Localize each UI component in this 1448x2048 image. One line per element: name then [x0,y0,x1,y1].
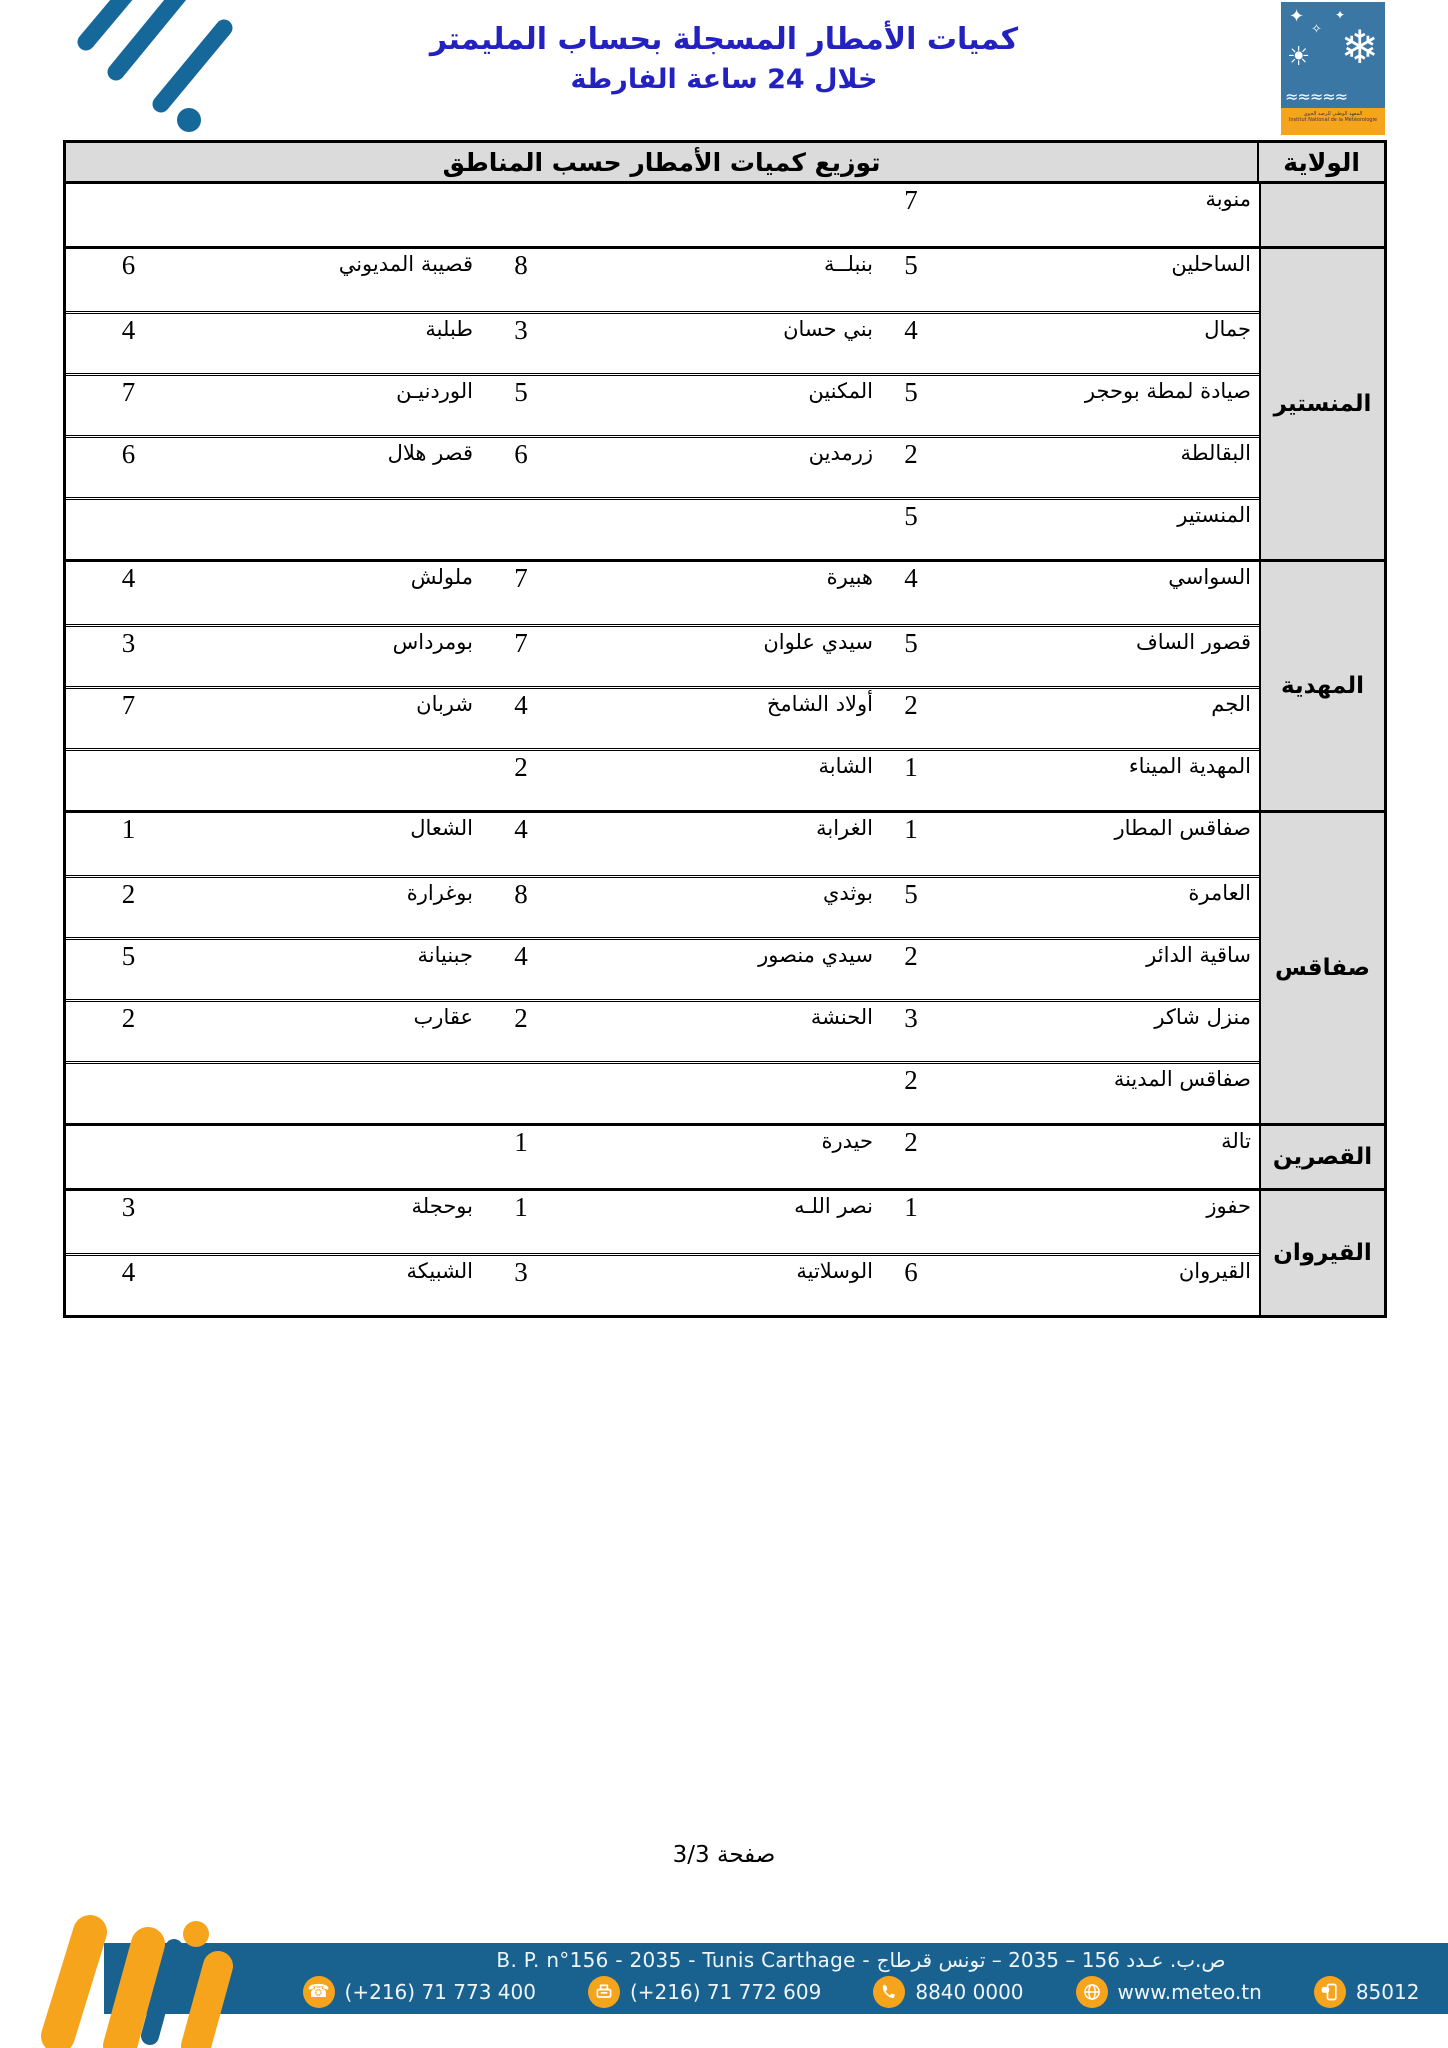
station-name: الشابة [561,751,881,810]
station-name: المنستير [941,500,1259,559]
station-name: منوبة [941,184,1259,246]
station-name: صفاقس المطار [941,813,1259,875]
station-value [66,500,191,559]
footer-contact-text: 8840 0000 [915,1980,1023,2004]
station-row: الساحلين5بنبلــة8قصيبة المديوني6 [66,249,1259,311]
governorate-group: السواسي4هبيرة7ملولش4قصور الساف5سيدي علوا… [66,559,1384,810]
station-value: 1 [481,1126,561,1188]
station-name: بوحجلة [191,1191,481,1253]
governorate-cell: المنستير [1259,249,1384,559]
station-value: 7 [481,562,561,624]
station-name: طبلبة [191,314,481,373]
station-name: ملولش [191,562,481,624]
station-name: الوردنيـن [191,376,481,435]
governorate-group: صفاقس المطار1الغرابة4الشعال1العامرة5بوثد… [66,810,1384,1123]
governorate-cell [1259,184,1384,246]
station-value: 4 [881,562,941,624]
station-row: العامرة5بوثدي8بوغرارة2 [66,875,1259,937]
station-name: ساقية الدائر [941,940,1259,999]
station-name: البقالطة [941,438,1259,497]
station-row: منزل شاكر3الحنشة2عقارب2 [66,999,1259,1061]
station-value: 2 [66,878,191,937]
station-name [191,1126,481,1188]
station-row: صيادة لمطة بوحجر5المكنين5الوردنيـن7 [66,373,1259,435]
governorate-group: منوبة7 [66,184,1384,246]
station-row: تالة2حيدرة1 [66,1126,1259,1188]
station-name: السواسي [941,562,1259,624]
table-header-row: توزيع كميات الأمطار حسب المناطق الولاية [66,143,1384,184]
station-name: بوغرارة [191,878,481,937]
footer-contact-item: (+216) 71 772 609 [588,1976,821,2008]
station-row: البقالطة2زرمدين6قصر هلال6 [66,435,1259,497]
station-name [561,1064,881,1123]
station-value: 5 [481,376,561,435]
station-name: بومرداس [191,627,481,686]
waves-icon: ≈≈≈≈≈ [1285,87,1347,106]
footer-address-fr: B. P. n°156 - 2035 - Tunis Carthage - [496,1948,869,1972]
station-name: بوثدي [561,878,881,937]
star-icon: ✧ [1311,22,1322,37]
meteo-rain-logo [0,0,250,140]
station-name: زرمدين [561,438,881,497]
station-value: 4 [481,940,561,999]
station-name: المكنين [561,376,881,435]
station-value: 3 [881,1002,941,1061]
station-value: 2 [66,1002,191,1061]
footer-contacts: ☎(+216) 71 773 400(+216) 71 772 6098840 … [284,1976,1438,2008]
station-name: قصيبة المديوني [191,249,481,311]
station-rows: صفاقس المطار1الغرابة4الشعال1العامرة5بوثد… [66,813,1259,1123]
inm-caption-fr: Institut National de la Météorologie [1281,117,1385,123]
station-rows: منوبة7 [66,184,1259,246]
station-value: 6 [66,249,191,311]
station-name: حفوز [941,1191,1259,1253]
station-name: جمال [941,314,1259,373]
station-rows: تالة2حيدرة1 [66,1126,1259,1188]
station-row: قصور الساف5سيدي علوان7بومرداس3 [66,624,1259,686]
table-groups: منوبة7الساحلين5بنبلــة8قصيبة المديوني6جم… [66,184,1384,1315]
governorate-cell: صفاقس [1259,813,1384,1123]
station-row: صفاقس المدينة2 [66,1061,1259,1123]
station-name: منزل شاكر [941,1002,1259,1061]
station-row: الجم2أولاد الشامخ4شربان7 [66,686,1259,748]
station-value [481,500,561,559]
footer-address: B. P. n°156 - 2035 - Tunis Carthage - ص.… [284,1943,1438,1972]
station-value: 4 [481,689,561,748]
station-value: 2 [881,1064,941,1123]
station-name: قصر هلال [191,438,481,497]
footer-content: B. P. n°156 - 2035 - Tunis Carthage - ص.… [284,1943,1438,2014]
station-value: 3 [481,1256,561,1315]
page-number-label: صفحة 3/3 [0,1842,1448,1868]
station-row: السواسي4هبيرة7ملولش4 [66,562,1259,624]
station-name: الجم [941,689,1259,748]
station-name: حيدرة [561,1126,881,1188]
station-value: 3 [66,627,191,686]
snowflake-icon: ❄ [1340,20,1379,74]
station-value: 2 [481,751,561,810]
station-name: صفاقس المدينة [941,1064,1259,1123]
station-name [561,500,881,559]
station-value: 5 [881,249,941,311]
station-value: 2 [881,689,941,748]
page-title: كميات الأمطار المسجلة بحساب المليمتر خلا… [344,20,1104,100]
star-icon: ✦ [1289,6,1304,27]
station-name: عقارب [191,1002,481,1061]
station-value [66,1064,191,1123]
footer-contact-text: 85012 [1356,1980,1420,2004]
station-value: 3 [66,1191,191,1253]
station-value: 5 [881,627,941,686]
station-value: 3 [481,314,561,373]
station-value: 5 [881,376,941,435]
station-name: نصر اللـه [561,1191,881,1253]
inm-logo: ❄ ✦ ✧ ✦ ☀ ≈≈≈≈≈ المعهد الوطني للرصد الجو… [1281,2,1385,135]
station-name [191,1064,481,1123]
station-name: صيادة لمطة بوحجر [941,376,1259,435]
governorate-cell: القصرين [1259,1126,1384,1188]
governorate-column-header: الولاية [1257,143,1384,181]
station-name: بني حسان [561,314,881,373]
station-value: 5 [881,500,941,559]
station-name: الشعال [191,813,481,875]
station-row: حفوز1نصر اللـه1بوحجلة3 [66,1191,1259,1253]
station-value: 5 [66,940,191,999]
station-name: القيروان [941,1256,1259,1315]
station-name: قصور الساف [941,627,1259,686]
station-name: تالة [941,1126,1259,1188]
fax-icon [588,1976,620,2008]
station-name: شربان [191,689,481,748]
inm-logo-caption: المعهد الوطني للرصد الجوي Institut Natio… [1281,108,1385,135]
station-name: سيدي منصور [561,940,881,999]
station-value: 1 [481,1191,561,1253]
station-value: 7 [66,376,191,435]
station-value [66,184,191,246]
footer-contact-item: 8840 0000 [873,1976,1023,2008]
footer-address-ar: ص.ب. عـدد 156 – 2035 – تونس قرطاج [877,1948,1226,1972]
station-value: 2 [881,438,941,497]
distribution-column-header: توزيع كميات الأمطار حسب المناطق [66,143,1257,181]
station-value [481,1064,561,1123]
station-value [66,751,191,810]
station-value: 6 [66,438,191,497]
station-value: 1 [66,813,191,875]
station-row: القيروان6الوسلاتية3الشبيكة4 [66,1253,1259,1315]
station-value: 7 [481,627,561,686]
station-name: سيدي علوان [561,627,881,686]
station-value: 1 [881,751,941,810]
station-rows: حفوز1نصر اللـه1بوحجلة3القيروان6الوسلاتية… [66,1191,1259,1315]
station-name [191,751,481,810]
station-value: 4 [66,562,191,624]
title-line-2: خلال 24 ساعة الفارطة [344,60,1104,100]
station-name [191,500,481,559]
station-name [191,184,481,246]
station-name: أولاد الشامخ [561,689,881,748]
station-value: 4 [481,813,561,875]
station-name: المهدية الميناء [941,751,1259,810]
station-value: 7 [881,184,941,246]
footer-contact-item: 85012 [1314,1976,1420,2008]
handset-icon [873,1976,905,2008]
station-name: بنبلــة [561,249,881,311]
rain-drop-dot [177,108,201,132]
footer-contact-text: www.meteo.tn [1118,1980,1262,2004]
station-value: 6 [481,438,561,497]
station-name: الوسلاتية [561,1256,881,1315]
station-value: 6 [881,1256,941,1315]
document-page: { "header": { "title_line1": "كميات الأم… [0,0,1448,2048]
station-name [561,184,881,246]
rainfall-table: توزيع كميات الأمطار حسب المناطق الولاية … [63,140,1387,1318]
station-name: العامرة [941,878,1259,937]
governorate-group: الساحلين5بنبلــة8قصيبة المديوني6جمال4بني… [66,246,1384,559]
station-value: 7 [66,689,191,748]
governorate-group: تالة2حيدرة1القصرين [66,1123,1384,1188]
station-value: 8 [481,249,561,311]
footer-contact-text: (+216) 71 772 609 [630,1980,821,2004]
station-value [66,1126,191,1188]
station-value: 2 [881,1126,941,1188]
governorate-group: حفوز1نصر اللـه1بوحجلة3القيروان6الوسلاتية… [66,1188,1384,1315]
station-name: هبيرة [561,562,881,624]
station-rows: السواسي4هبيرة7ملولش4قصور الساف5سيدي علوا… [66,562,1259,810]
sun-icon: ☀ [1287,42,1310,72]
footer-band: B. P. n°156 - 2035 - Tunis Carthage - ص.… [104,1943,1448,2014]
station-row: المنستير5 [66,497,1259,559]
station-name: جبنيانة [191,940,481,999]
phone-icon: ☎ [303,1976,335,2008]
station-name: الساحلين [941,249,1259,311]
station-value: 2 [481,1002,561,1061]
station-row: صفاقس المطار1الغرابة4الشعال1 [66,813,1259,875]
station-value: 5 [881,878,941,937]
station-value: 1 [881,1191,941,1253]
footer-contact-item: ☎(+216) 71 773 400 [303,1976,536,2008]
station-name: الشبيكة [191,1256,481,1315]
station-name: الحنشة [561,1002,881,1061]
station-value: 2 [881,940,941,999]
station-rows: الساحلين5بنبلــة8قصيبة المديوني6جمال4بني… [66,249,1259,559]
station-row: المهدية الميناء1الشابة2 [66,748,1259,810]
station-value: 1 [881,813,941,875]
station-value: 8 [481,878,561,937]
footer-contact-item: www.meteo.tn [1076,1976,1262,2008]
station-name: الغرابة [561,813,881,875]
station-value [481,184,561,246]
station-value: 4 [66,314,191,373]
star-icon: ✦ [1335,8,1345,22]
station-row: ساقية الدائر2سيدي منصور4جبنيانة5 [66,937,1259,999]
inm-logo-art: ❄ ✦ ✧ ✦ ☀ ≈≈≈≈≈ [1281,2,1385,108]
station-row: منوبة7 [66,184,1259,246]
globe-icon [1076,1976,1108,2008]
sms-icon [1314,1976,1346,2008]
governorate-cell: المهدية [1259,562,1384,810]
footer-contact-text: (+216) 71 773 400 [345,1980,536,2004]
station-row: جمال4بني حسان3طبلبة4 [66,311,1259,373]
station-value: 4 [66,1256,191,1315]
station-value: 4 [881,314,941,373]
title-line-1: كميات الأمطار المسجلة بحساب المليمتر [344,20,1104,60]
governorate-cell: القيروان [1259,1191,1384,1315]
